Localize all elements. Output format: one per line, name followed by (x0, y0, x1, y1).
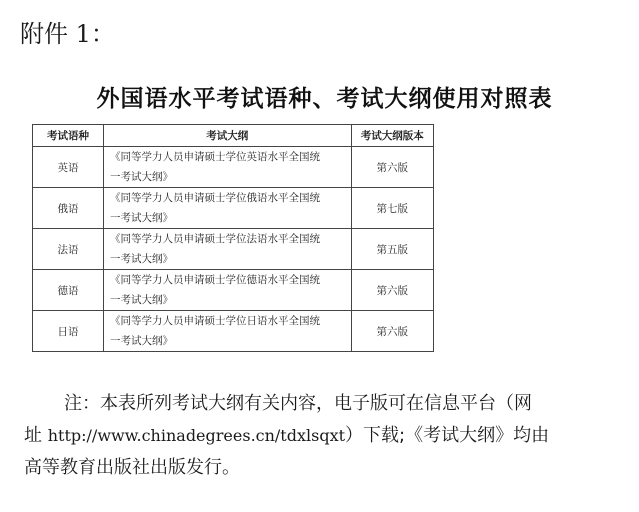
cell-edition: 第六版 (351, 147, 433, 188)
table-row: 德语 《同等学力人员申请硕士学位德语水平全国统 一考试大纲》 第六版 (33, 270, 434, 311)
cell-language: 俄语 (33, 188, 104, 229)
syllabus-line-2: 一考试大纲》 (110, 208, 350, 228)
cell-syllabus: 《同等学力人员申请硕士学位德语水平全国统 一考试大纲》 (104, 270, 351, 311)
table-row: 英语 《同等学力人员申请硕士学位英语水平全国统 一考试大纲》 第六版 (33, 147, 434, 188)
header-syllabus: 考试大纲 (104, 125, 351, 147)
cell-syllabus: 《同等学力人员申请硕士学位俄语水平全国统 一考试大纲》 (104, 188, 351, 229)
table-row: 法语 《同等学力人员申请硕士学位法语水平全国统 一考试大纲》 第五版 (33, 229, 434, 270)
cell-edition: 第五版 (351, 229, 433, 270)
syllabus-line-2: 一考试大纲》 (110, 249, 350, 269)
cell-syllabus: 《同等学力人员申请硕士学位英语水平全国统 一考试大纲》 (104, 147, 351, 188)
cell-edition: 第六版 (351, 270, 433, 311)
syllabus-line-2: 一考试大纲》 (110, 167, 350, 187)
syllabus-line-1: 《同等学力人员申请硕士学位英语水平全国统 (110, 147, 350, 167)
table-row: 俄语 《同等学力人员申请硕士学位俄语水平全国统 一考试大纲》 第七版 (33, 188, 434, 229)
syllabus-line-1: 《同等学力人员申请硕士学位俄语水平全国统 (110, 188, 350, 208)
syllabus-line-2: 一考试大纲》 (110, 290, 350, 310)
table-header-row: 考试语种 考试大纲 考试大纲版本 (33, 125, 434, 147)
syllabus-line-1: 《同等学力人员申请硕士学位德语水平全国统 (110, 270, 350, 290)
attachment-label: 附件 1： (20, 14, 115, 49)
cell-syllabus: 《同等学力人员申请硕士学位日语水平全国统 一考试大纲》 (104, 311, 351, 352)
footnote-line-2: 址 http://www.chinadegrees.cn/tdxlsqxt）下载… (24, 420, 624, 452)
footnote-line-3: 高等教育出版社出版发行。 (24, 452, 624, 484)
syllabus-line-1: 《同等学力人员申请硕士学位法语水平全国统 (110, 229, 350, 249)
cell-edition: 第七版 (351, 188, 433, 229)
syllabus-line-1: 《同等学力人员申请硕士学位日语水平全国统 (110, 311, 350, 331)
document-title: 外国语水平考试语种、考试大纲使用对照表 (0, 80, 639, 113)
cell-syllabus: 《同等学力人员申请硕士学位法语水平全国统 一考试大纲》 (104, 229, 351, 270)
reference-table: 考试语种 考试大纲 考试大纲版本 英语 《同等学力人员申请硕士学位英语水平全国统… (32, 124, 434, 352)
footnote-line-1: 注：本表所列考试大纲有关内容，电子版可在信息平台（网 (24, 388, 624, 420)
footnote: 注：本表所列考试大纲有关内容，电子版可在信息平台（网 址 http://www.… (24, 388, 624, 484)
cell-language: 日语 (33, 311, 104, 352)
cell-language: 英语 (33, 147, 104, 188)
platform-url-link[interactable]: http://www.chinadegrees.cn/tdxlsqxt (48, 426, 345, 445)
cell-edition: 第六版 (351, 311, 433, 352)
syllabus-line-2: 一考试大纲》 (110, 331, 350, 351)
header-edition: 考试大纲版本 (351, 125, 433, 147)
cell-language: 德语 (33, 270, 104, 311)
cell-language: 法语 (33, 229, 104, 270)
table-row: 日语 《同等学力人员申请硕士学位日语水平全国统 一考试大纲》 第六版 (33, 311, 434, 352)
header-language: 考试语种 (33, 125, 104, 147)
